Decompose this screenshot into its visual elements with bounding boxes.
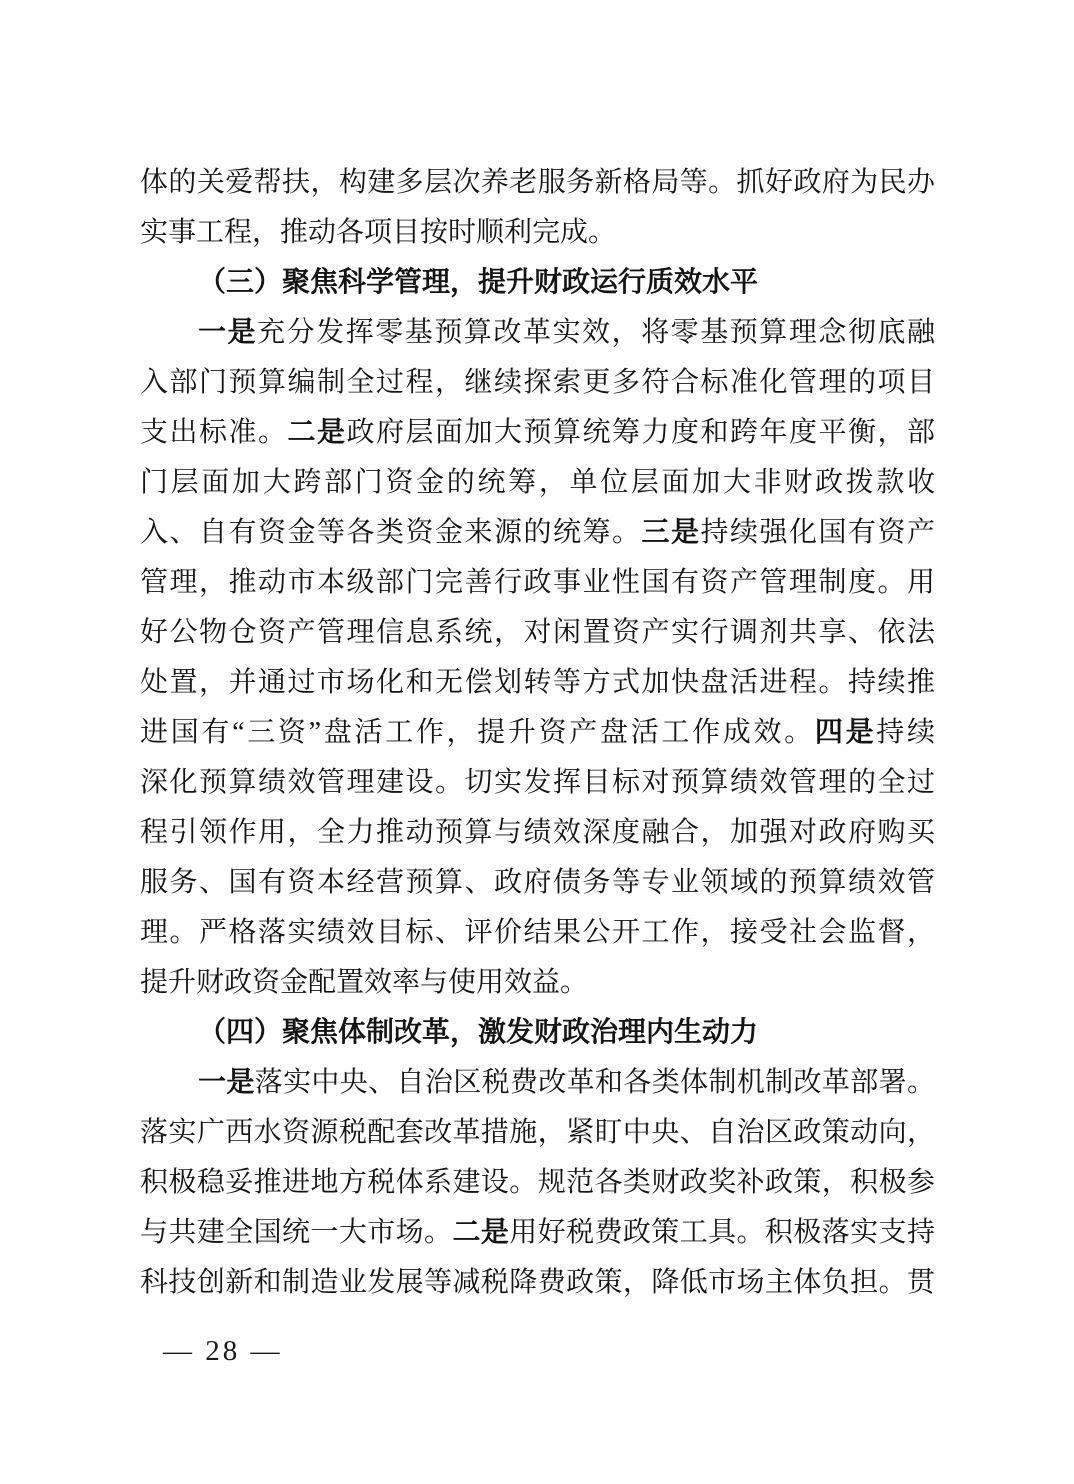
page-number: — 28 — bbox=[163, 1335, 283, 1368]
text-line: 管理，推动市本级部门完善行政事业性国有资产管理制度。用 bbox=[140, 558, 935, 608]
text-line: 服务、国有资本经营预算、政府债务等专业领域的预算绩效管 bbox=[140, 858, 935, 908]
text-segment: 二是 bbox=[452, 1217, 509, 1248]
document-page: 体的关爱帮扶，构建多层次养老服务新格局等。抓好政府为民办实事工程，推动各项目按时… bbox=[0, 0, 1074, 1484]
text-segment: 持续强化国有资产 bbox=[700, 517, 935, 548]
text-line: 体的关爱帮扶，构建多层次养老服务新格局等。抓好政府为民办 bbox=[140, 158, 935, 208]
text-segment: 一是 bbox=[198, 1067, 255, 1098]
text-segment: 好公物仓资产管理信息系统，对闲置资产实行调剂共享、依法 bbox=[140, 617, 935, 648]
text-line: 门层面加大跨部门资金的统筹，单位层面加大非财政拨款收 bbox=[140, 458, 935, 508]
text-line: 支出标准。二是政府层面加大预算统筹力度和跨年度平衡，部 bbox=[140, 408, 935, 458]
text-line: 一是充分发挥零基预算改革实效，将零基预算理念彻底融 bbox=[140, 308, 935, 358]
text-line: 入、自有资金等各类资金来源的统筹。三是持续强化国有资产 bbox=[140, 508, 935, 558]
text-segment: 入、自有资金等各类资金来源的统筹。 bbox=[140, 517, 641, 548]
text-segment: 进国有“三资”盘活工作，提升资产盘活工作成效。 bbox=[140, 717, 815, 748]
text-segment: 持续 bbox=[876, 717, 935, 748]
text-segment: 落实中央、自治区税费改革和各类体制机制改革部署。 bbox=[255, 1067, 935, 1098]
text-segment: 深化预算绩效管理建设。切实发挥目标对预算绩效管理的全过 bbox=[140, 767, 935, 798]
text-segment: 与共建全国统一大市场。 bbox=[140, 1217, 452, 1248]
text-segment: 支出标准。 bbox=[140, 417, 288, 448]
text-segment: 体的关爱帮扶，构建多层次养老服务新格局等。抓好政府为民办 bbox=[140, 167, 935, 198]
text-segment: 落实广西水资源税配套改革措施，紧盯中央、自治区政策动向， bbox=[140, 1117, 935, 1148]
text-line: 入部门预算编制全过程，继续探索更多符合标准化管理的项目 bbox=[140, 358, 935, 408]
text-segment: 实事工程，推动各项目按时顺利完成。 bbox=[140, 217, 616, 248]
text-segment: 门层面加大跨部门资金的统筹，单位层面加大非财政拨款收 bbox=[140, 467, 935, 498]
text-segment: 一是 bbox=[198, 317, 257, 348]
text-line: 与共建全国统一大市场。二是用好税费政策工具。积极落实支持 bbox=[140, 1208, 935, 1258]
section-heading: （四）聚焦体制改革，激发财政治理内生动力 bbox=[140, 1008, 935, 1058]
text-segment: 提升财政资金配置效率与使用效益。 bbox=[140, 967, 588, 998]
text-line: 实事工程，推动各项目按时顺利完成。 bbox=[140, 208, 935, 258]
text-line: 进国有“三资”盘活工作，提升资产盘活工作成效。四是持续 bbox=[140, 708, 935, 758]
text-segment: 用好税费政策工具。积极落实支持 bbox=[509, 1217, 935, 1248]
text-segment: 服务、国有资本经营预算、政府债务等专业领域的预算绩效管 bbox=[140, 867, 935, 898]
text-line: 深化预算绩效管理建设。切实发挥目标对预算绩效管理的全过 bbox=[140, 758, 935, 808]
text-line: 积极稳妥推进地方税体系建设。规范各类财政奖补政策，积极参 bbox=[140, 1158, 935, 1208]
text-segment: 四是 bbox=[815, 717, 876, 748]
text-line: 提升财政资金配置效率与使用效益。 bbox=[140, 958, 935, 1008]
document-body: 体的关爱帮扶，构建多层次养老服务新格局等。抓好政府为民办实事工程，推动各项目按时… bbox=[140, 158, 935, 1308]
text-segment: 三是 bbox=[641, 517, 700, 548]
text-line: 理。严格落实绩效目标、评价结果公开工作，接受社会监督， bbox=[140, 908, 935, 958]
section-heading: （三）聚焦科学管理，提升财政运行质效水平 bbox=[140, 258, 935, 308]
text-line: 落实广西水资源税配套改革措施，紧盯中央、自治区政策动向， bbox=[140, 1108, 935, 1158]
text-line: 一是落实中央、自治区税费改革和各类体制机制改革部署。 bbox=[140, 1058, 935, 1108]
text-segment: 入部门预算编制全过程，继续探索更多符合标准化管理的项目 bbox=[140, 367, 935, 398]
text-segment: 政府层面加大预算统筹力度和跨年度平衡，部 bbox=[347, 417, 935, 448]
text-segment: 程引领作用，全力推动预算与绩效深度融合，加强对政府购买 bbox=[140, 817, 935, 848]
text-segment: 积极稳妥推进地方税体系建设。规范各类财政奖补政策，积极参 bbox=[140, 1167, 935, 1198]
text-line: 好公物仓资产管理信息系统，对闲置资产实行调剂共享、依法 bbox=[140, 608, 935, 658]
text-segment: 科技创新和制造业发展等减税降费政策，降低市场主体负担。贯 bbox=[140, 1267, 935, 1298]
text-segment: 处置，并通过市场化和无偿划转等方式加快盘活进程。持续推 bbox=[140, 667, 935, 698]
text-segment: 管理，推动市本级部门完善行政事业性国有资产管理制度。用 bbox=[140, 567, 935, 598]
text-line: 科技创新和制造业发展等减税降费政策，降低市场主体负担。贯 bbox=[140, 1258, 935, 1308]
text-segment: （四）聚焦体制改革，激发财政治理内生动力 bbox=[198, 1017, 758, 1048]
text-line: 处置，并通过市场化和无偿划转等方式加快盘活进程。持续推 bbox=[140, 658, 935, 708]
text-segment: 理。严格落实绩效目标、评价结果公开工作，接受社会监督， bbox=[140, 917, 935, 948]
text-segment: （三）聚焦科学管理，提升财政运行质效水平 bbox=[198, 267, 758, 298]
text-segment: 充分发挥零基预算改革实效，将零基预算理念彻底融 bbox=[257, 317, 935, 348]
text-segment: 二是 bbox=[288, 417, 347, 448]
text-line: 程引领作用，全力推动预算与绩效深度融合，加强对政府购买 bbox=[140, 808, 935, 858]
